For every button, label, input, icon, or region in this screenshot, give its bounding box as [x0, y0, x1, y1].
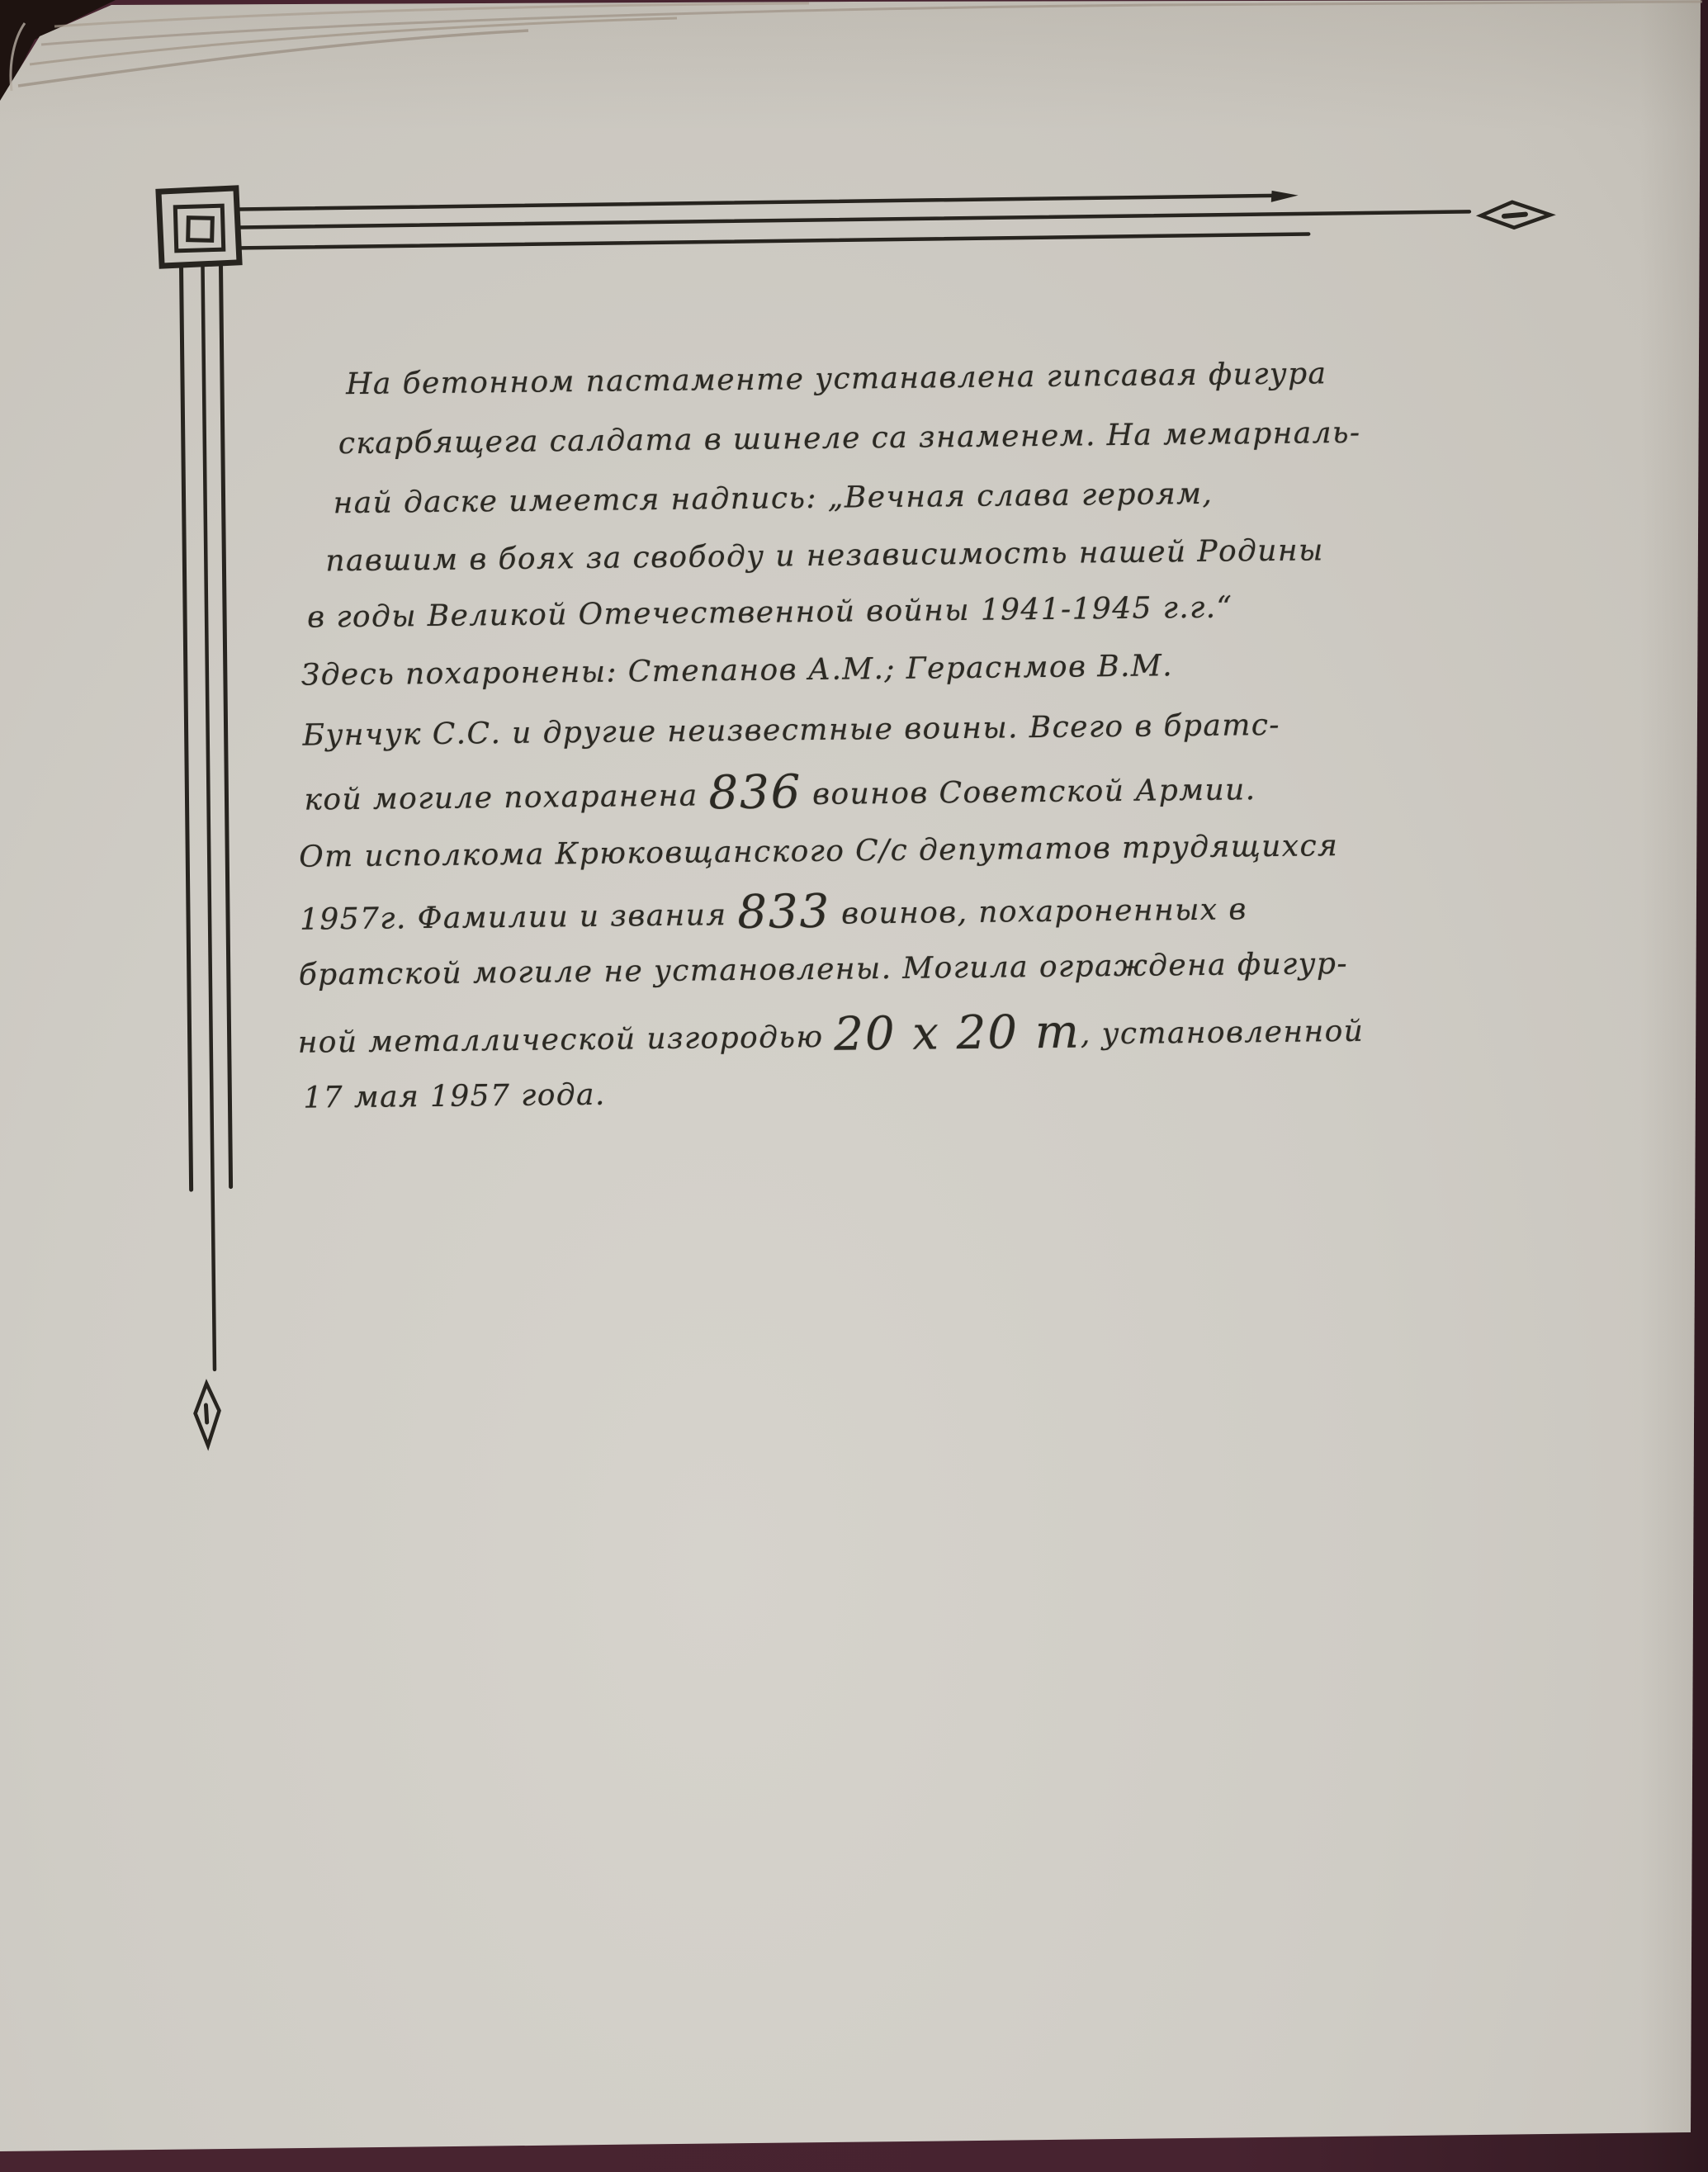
- handwritten-segment: Бунчук С.С. и другие неизвестные воины. …: [302, 708, 1280, 753]
- handwritten-text: На бетонном пастаменте устанавлена гипса…: [0, 0, 1708, 2172]
- handwritten-line: братской могиле не установлены. Могила о…: [299, 946, 1349, 994]
- handwritten-segment: най даске имеется надпись: „Вечная слава…: [333, 477, 1213, 521]
- handwritten-segment: 17 мая 1957 года.: [303, 1078, 606, 1115]
- handwritten-line: 1957г. Фамилии и звания 833 воинов, поха…: [300, 889, 1247, 938]
- handwritten-segment: Здесь похаронены: Степанов А.М.; Гераснм…: [301, 649, 1174, 692]
- handwritten-segment: От исполкома Крюковщанского С/с депутато…: [299, 829, 1338, 874]
- handwritten-line: Бунчук С.С. и другие неизвестные воины. …: [302, 707, 1280, 755]
- handwritten-number: 20 х 20 m: [834, 1005, 1081, 1061]
- handwritten-segment: скарбящега салдата в шинеле са знаменем.…: [338, 416, 1361, 461]
- photo-background: На бетонном пастаменте устанавлена гипса…: [0, 0, 1708, 2172]
- handwritten-number: 833: [737, 885, 831, 939]
- handwritten-segment: в годы Великой Отечественной войны 1941-…: [307, 590, 1233, 634]
- handwritten-line: 17 мая 1957 года.: [303, 1077, 606, 1117]
- handwritten-line: скарбящега салдата в шинеле са знаменем.…: [338, 415, 1361, 462]
- page-content: На бетонном пастаменте устанавлена гипса…: [0, 0, 1708, 2172]
- handwritten-segment: 1957г. Фамилии и звания: [300, 898, 738, 937]
- handwritten-line: ной металлической изгородью 20 х 20 m, у…: [297, 1011, 1364, 1062]
- handwritten-line: От исполкома Крюковщанского С/с депутато…: [299, 828, 1338, 876]
- handwritten-line: кой могиле похаранена 836 воинов Советск…: [304, 769, 1256, 818]
- handwritten-segment: ной металлической изгородью: [297, 1020, 834, 1060]
- handwritten-segment: братской могиле не установлены. Могила о…: [299, 947, 1349, 992]
- handwritten-segment: На бетонном пастаменте устанавлена гипса…: [346, 357, 1327, 401]
- handwritten-line: павшим в боях за свободу и независимость…: [325, 532, 1324, 580]
- handwritten-line: в годы Великой Отечественной войны 1941-…: [307, 589, 1233, 636]
- handwritten-segment: воинов Советской Армии.: [802, 773, 1256, 812]
- handwritten-segment: кой могиле похаранена: [304, 778, 708, 816]
- handwritten-segment: павшим в боях за свободу и независимость…: [325, 533, 1324, 578]
- handwritten-line: най даске имеется надпись: „Вечная слава…: [333, 476, 1213, 523]
- handwritten-segment: , установленной: [1081, 1015, 1365, 1052]
- handwritten-line: Здесь похаронены: Степанов А.М.; Гераснм…: [301, 648, 1174, 693]
- handwritten-segment: воинов, похароненных в: [830, 892, 1247, 930]
- handwritten-number: 836: [708, 765, 802, 820]
- handwritten-line: На бетонном пастаменте устанавлена гипса…: [346, 356, 1327, 403]
